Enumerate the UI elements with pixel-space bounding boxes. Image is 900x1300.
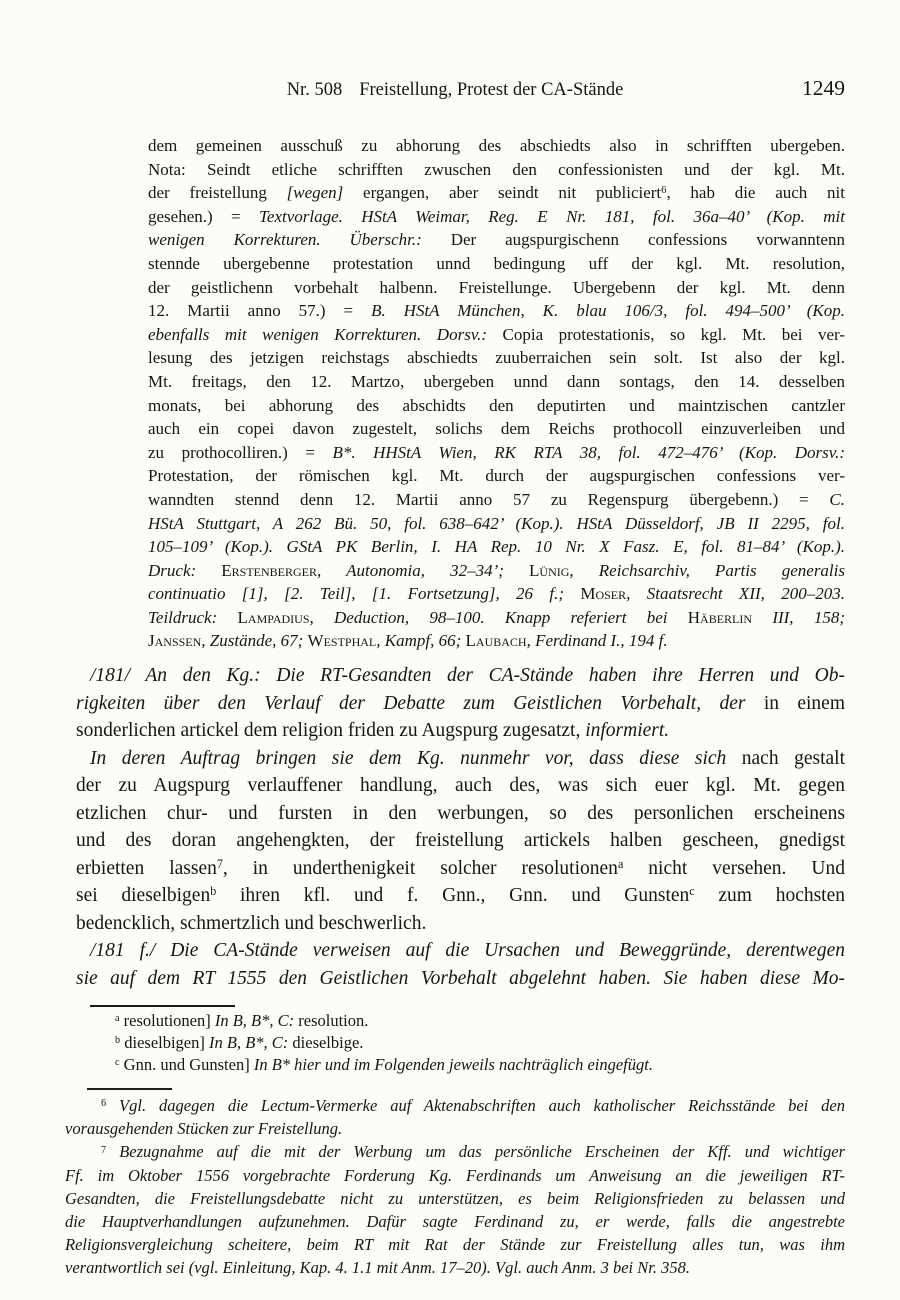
text-line: ebenfalls mit wenigen Korrekturen. Dorsv… (148, 323, 845, 347)
scanned-book-page: Nr. 508Freistellung, Protest der CA-Stän… (0, 0, 900, 1300)
text-line: der zu Augspurg verlauffener handlung, a… (76, 772, 845, 800)
text-line: dem gemeinen ausschuß zu abhorung des ab… (148, 134, 845, 158)
text-line: Mt. freitags, den 12. Martzo, ubergeben … (148, 370, 845, 394)
text-line: Religionsvergleichung scheitere, beim RT… (65, 1233, 845, 1256)
text-line: Protestation, der römischen kgl. Mt. dur… (148, 464, 845, 488)
text-line: Teildruck: Lampadius, Deduction, 98–100.… (148, 606, 845, 630)
text-line: Nota: Seindt etliche schrifften zwuschen… (148, 158, 845, 182)
apparatus-note: c Gnn. und Gunsten] In B* hier und im Fo… (115, 1054, 845, 1076)
text-line: etzlichen chur- und fursten in den werbu… (76, 800, 845, 828)
text-line: b dieselbigen] In B, B*, C: dieselbige. (115, 1032, 845, 1054)
apparatus-divider-rule (90, 1005, 235, 1007)
page-number: 1249 (802, 76, 845, 100)
critical-apparatus: a resolutionen] In B, B*, C: resolution.… (65, 1010, 845, 1076)
text-line: zu prothocolliren.) = B*. HHStA Wien, RK… (148, 441, 845, 465)
text-line: /181 f./ Die CA-Stände verweisen auf die… (76, 937, 845, 965)
text-line: Janssen, Zustände, 67; Westphal, Kampf, … (148, 629, 845, 653)
text-line: Gesandten, die Freistellungsdebatte nich… (65, 1187, 845, 1210)
footnote: 6 Vgl. dagegen die Lectum-Vermerke auf A… (65, 1094, 845, 1140)
text-line: Ff. im Oktober 1556 vorgebrachte Forderu… (65, 1164, 845, 1187)
body-text: /181/ An den Kg.: Die RT-Gesandten der C… (76, 662, 845, 992)
text-line: monats, bei abhorung des abschidts den d… (148, 394, 845, 418)
footnote-divider-rule (87, 1088, 172, 1090)
text-line: 7 Bezugnahme auf die mit der Werbung um … (65, 1140, 845, 1163)
text-line: gesehen.) = Textvorlage. HStA Weimar, Re… (148, 205, 845, 229)
text-line: der freistellung [wegen] ergangen, aber … (148, 181, 845, 205)
footnote: 7 Bezugnahme auf die mit der Werbung um … (65, 1140, 845, 1279)
text-line: continuatio [1], [2. Teil], [1. Fortsetz… (148, 582, 845, 606)
paragraph: /181/ An den Kg.: Die RT-Gesandten der C… (76, 662, 845, 745)
text-line: In deren Auftrag bringen sie dem Kg. nun… (76, 745, 845, 773)
text-line: sei dieselbigenb ihren kfl. und f. Gnn.,… (76, 882, 845, 910)
text-line: wanndten stennd denn 12. Martii anno 57 … (148, 488, 845, 512)
text-line: 6 Vgl. dagegen die Lectum-Vermerke auf A… (65, 1094, 845, 1117)
running-head: Nr. 508Freistellung, Protest der CA-Stän… (65, 78, 845, 104)
text-column: Nr. 508Freistellung, Protest der CA-Stän… (65, 78, 845, 1280)
text-line: sie auf dem RT 1555 den Geistlichen Vorb… (76, 965, 845, 993)
paragraph: In deren Auftrag bringen sie dem Kg. nun… (76, 745, 845, 938)
text-line: erbietten lassen7, in underthenigkeit so… (76, 855, 845, 883)
text-line: 12. Martii anno 57.) = B. HStA München, … (148, 299, 845, 323)
text-line: rigkeiten über den Verlauf der Debatte z… (76, 690, 845, 718)
doc-number: Nr. 508 (287, 80, 343, 100)
text-line: bedencklich, schmertzlich und beschwerli… (76, 910, 845, 938)
text-line: sonderlichen artickel dem religion fride… (76, 717, 845, 745)
text-line: c Gnn. und Gunsten] In B* hier und im Fo… (115, 1054, 845, 1076)
apparatus-note: b dieselbigen] In B, B*, C: dieselbige. (115, 1032, 845, 1054)
source-apparatus-block: dem gemeinen ausschuß zu abhorung des ab… (148, 134, 845, 653)
text-line: HStA Stuttgart, A 262 Bü. 50, fol. 638–6… (148, 512, 845, 536)
text-line: die Hauptverhandlungen aufzunehmen. Dafü… (65, 1210, 845, 1233)
text-line: vorausgehenden Stücken zur Freistellung. (65, 1117, 845, 1140)
running-head-center: Nr. 508Freistellung, Protest der CA-Stän… (65, 78, 845, 102)
text-line: lesung des jetzigen reichstags abschiedt… (148, 346, 845, 370)
text-line: verantwortlich sei (vgl. Einleitung, Kap… (65, 1256, 845, 1279)
text-line: 105–109’ (Kop.). GStA PK Berlin, I. HA R… (148, 535, 845, 559)
footnotes: 6 Vgl. dagegen die Lectum-Vermerke auf A… (65, 1094, 845, 1280)
paragraph: /181 f./ Die CA-Stände verweisen auf die… (76, 937, 845, 992)
page-title: Freistellung, Protest der CA-Stände (359, 80, 623, 100)
apparatus-note: a resolutionen] In B, B*, C: resolution. (115, 1010, 845, 1032)
text-line: der geistlichenn vorbehalt halbenn. Frei… (148, 276, 845, 300)
text-line: und des doran angehengkten, der freistel… (76, 827, 845, 855)
text-line: /181/ An den Kg.: Die RT-Gesandten der C… (76, 662, 845, 690)
text-line: auch ein copei davon zugestelt, solichs … (148, 417, 845, 441)
text-line: a resolutionen] In B, B*, C: resolution. (115, 1010, 845, 1032)
text-line: stennde ubergebenne protestation unnd be… (148, 252, 845, 276)
text-line: wenigen Korrekturen. Überschr.: Der augs… (148, 228, 845, 252)
text-line: Druck: Erstenberger, Autonomia, 32–34’; … (148, 559, 845, 583)
